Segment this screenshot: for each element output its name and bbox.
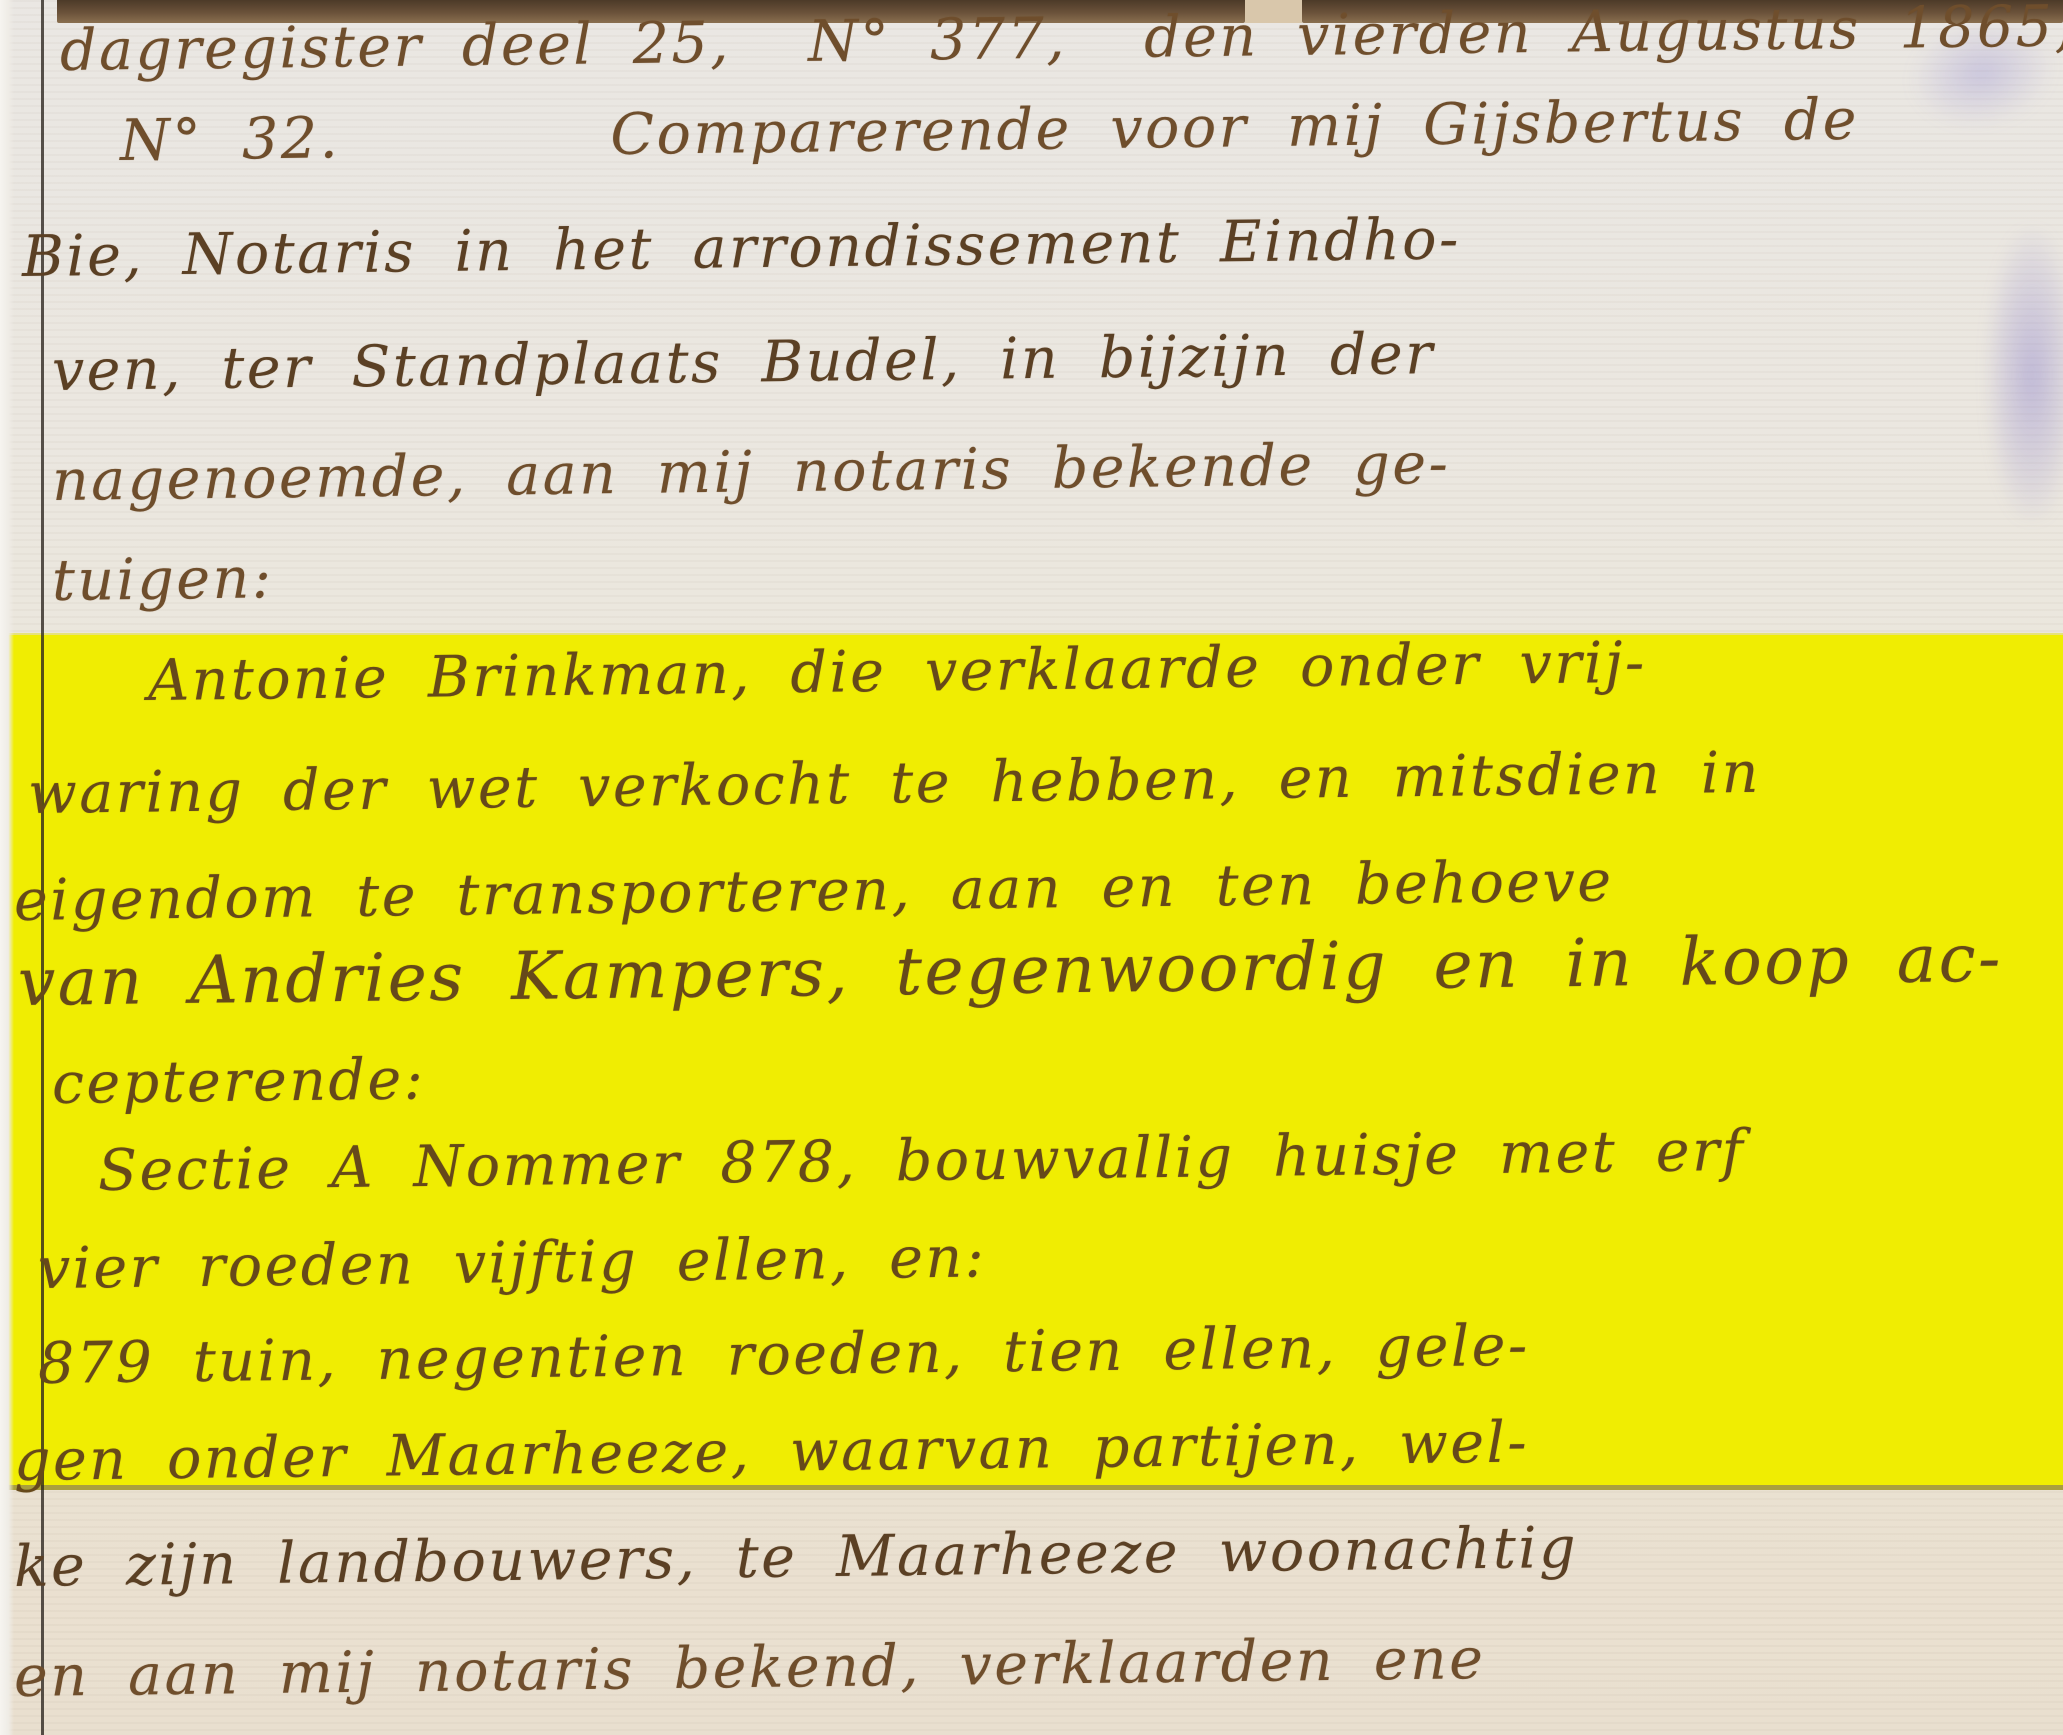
- handwritten-line-13: vier roeden vijftig ellen, en:: [38, 1228, 987, 1299]
- handwritten-line-2: N° 32. Comparerende voor mij Gijsbertus …: [120, 91, 1860, 172]
- handwritten-line-11: cepterende:: [52, 1050, 426, 1114]
- document-page: dagregister deel 25, N° 377, den vierden…: [0, 0, 2063, 1735]
- ink-smudge-right: [1987, 230, 2063, 520]
- handwritten-line-3: Bie, Notaris in het arrondissement Eindh…: [22, 210, 1461, 287]
- handwritten-line-17: en aan mij notaris bekend, verklaarden e…: [14, 1630, 1486, 1708]
- handwritten-line-5: nagenoemde, aan mij notaris bekende ge-: [52, 435, 1451, 512]
- handwritten-line-16: ke zijn landbouwers, te Maarheeze woonac…: [14, 1519, 1579, 1598]
- handwritten-line-6: tuigen:: [52, 549, 274, 612]
- paper-left-edge: [0, 0, 14, 1735]
- handwritten-line-4: ven, ter Standplaats Budel, in bijzijn d…: [52, 325, 1436, 402]
